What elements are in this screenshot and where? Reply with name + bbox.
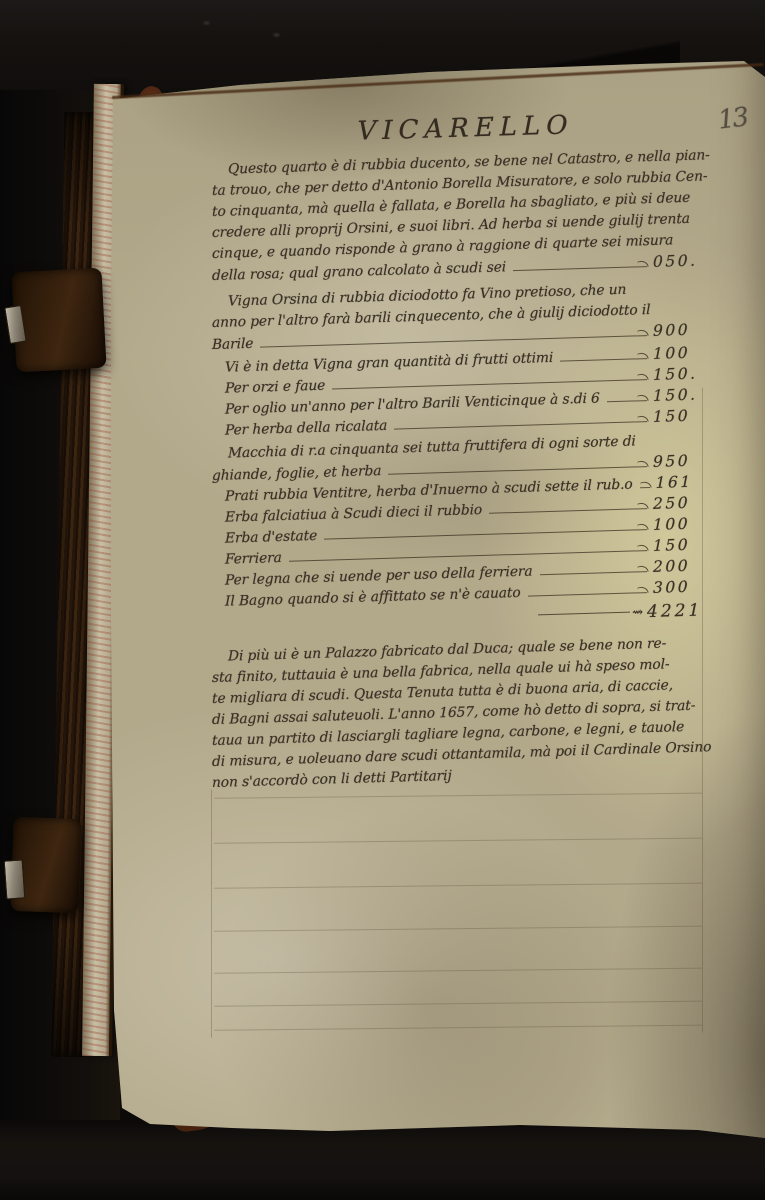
leader-line	[607, 400, 647, 402]
ruled-line	[214, 968, 702, 974]
leader-line	[640, 487, 650, 488]
book-clasp-top	[11, 268, 106, 373]
entry-value: 300	[650, 576, 709, 599]
entry-value: 050.	[650, 250, 709, 273]
clasp-buckle-icon	[4, 859, 26, 899]
entry-value: 150.	[650, 384, 709, 407]
leader-line	[513, 266, 647, 271]
screw-glint-icon	[202, 20, 211, 26]
manuscript-photo: VICARELLO Questo quarto è di rubbia duce…	[0, 0, 765, 1200]
total-flourish-icon: ⇝	[632, 601, 647, 624]
folio-number: 13	[716, 102, 749, 135]
entry-text: Per herba della ricalata	[212, 416, 387, 442]
entry-value: 200	[650, 555, 709, 578]
photo-background-bottom	[0, 1124, 765, 1200]
leader-line	[560, 358, 647, 362]
screw-glint-icon	[272, 32, 281, 38]
ruled-line	[214, 883, 702, 889]
entry-value: 100	[650, 342, 709, 365]
leader-line	[540, 571, 647, 575]
ruled-line	[214, 926, 702, 932]
total-value: 4221	[647, 599, 709, 624]
entry-value: 150	[650, 534, 709, 557]
ruled-line	[214, 838, 702, 844]
entry-value: 161	[653, 471, 712, 494]
ruled-line	[214, 793, 702, 799]
total-rule-line	[538, 612, 630, 616]
entry-text: Erba d'estate	[212, 526, 317, 550]
leader-line	[394, 421, 647, 429]
entry-text: Ferriera	[212, 548, 282, 571]
ruled-line	[214, 1001, 702, 1007]
entry-value: 900	[650, 319, 709, 342]
entry-value: 150	[650, 405, 709, 428]
entry-value: 950	[650, 450, 709, 473]
handwritten-text-block: VICARELLO Questo quarto è di rubbia duce…	[212, 101, 709, 794]
entry-value: 250	[650, 492, 709, 515]
entry-text: Barile	[212, 334, 253, 356]
leader-line	[489, 508, 647, 514]
ruled-line	[214, 1025, 702, 1031]
margin-line-left	[211, 790, 212, 1038]
entry-value: 100	[650, 513, 709, 536]
entry-value: 150.	[650, 363, 709, 386]
leader-line	[528, 592, 647, 597]
